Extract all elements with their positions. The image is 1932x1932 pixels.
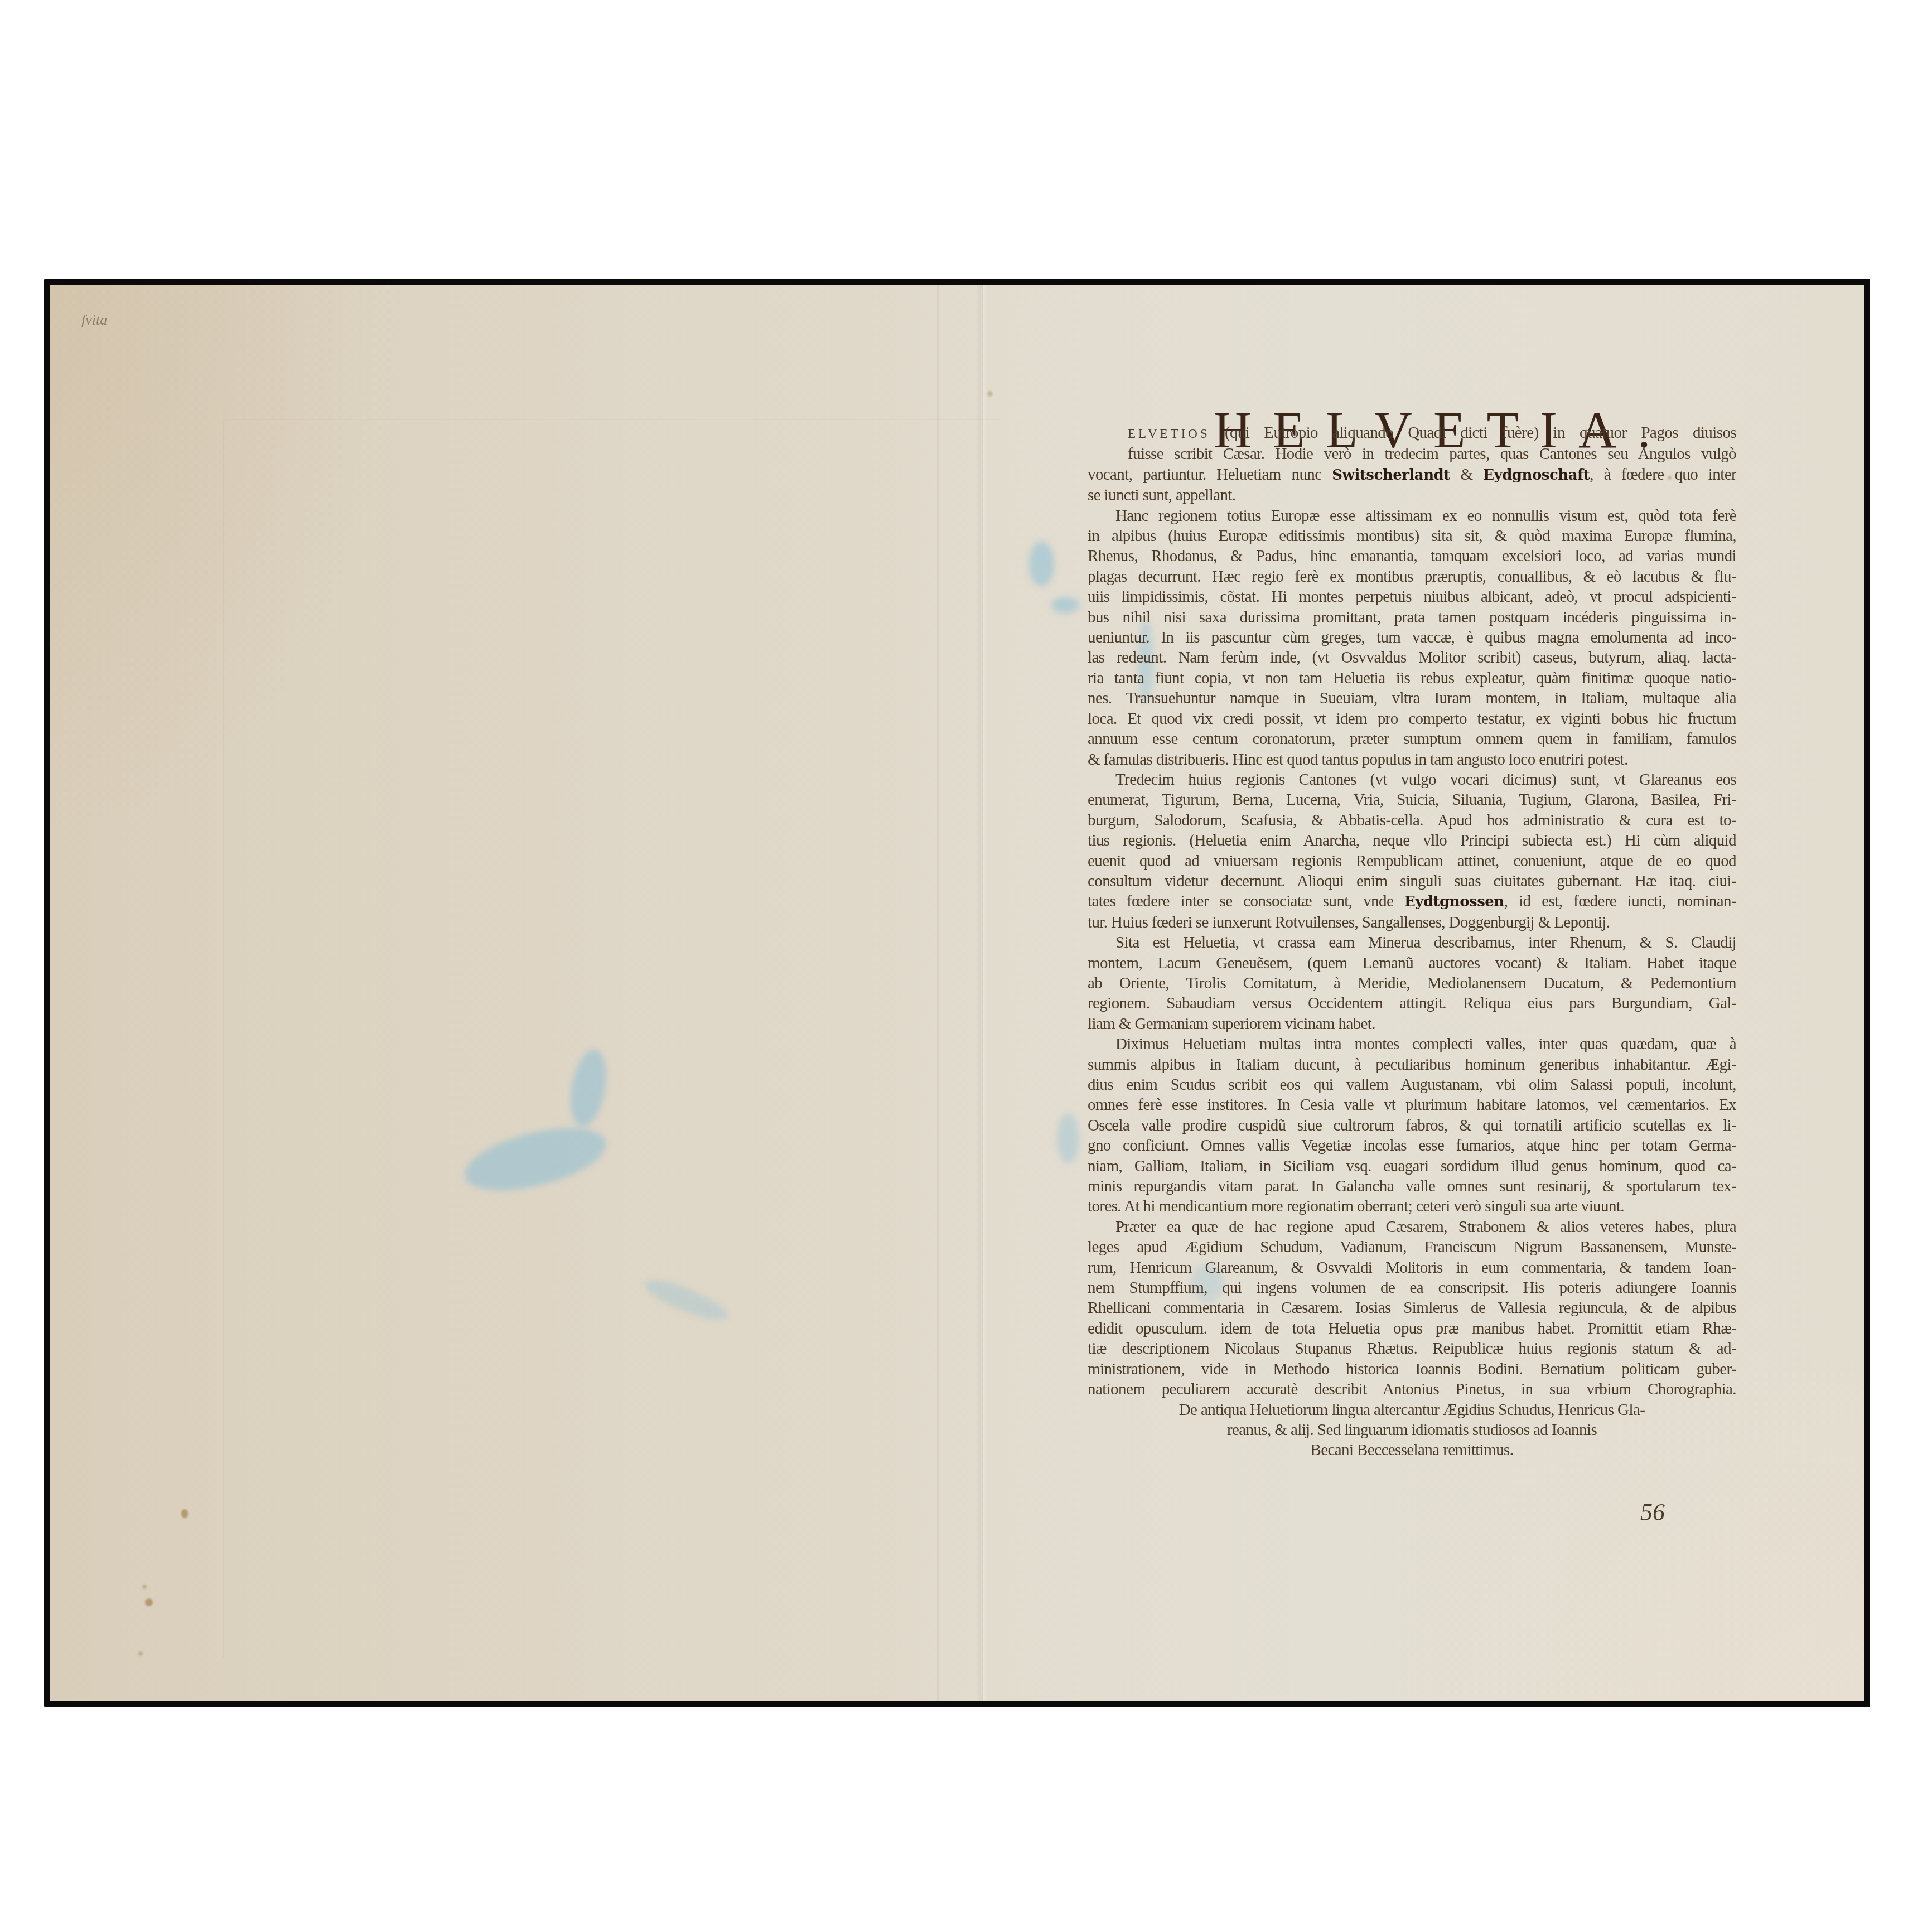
blue-stain (1051, 597, 1079, 613)
foxing-spot (142, 1585, 147, 1589)
text-segment: ueniuntur. In iis pascuntur cùm greges, … (1088, 629, 1736, 646)
text-segment: Diximus Heluetiam multas intra montes co… (1115, 1035, 1736, 1053)
text-line: tur. Huius fœderi se iunxerunt Rotvuilen… (1088, 912, 1736, 933)
text-line: nationem peculiarem accuratè describit A… (1088, 1379, 1736, 1399)
text-segment: dius enim Scudus scribit eos qui vallem … (1088, 1076, 1736, 1094)
body-text: HELVETIOS (qui Eutropio aliquando Quadi … (1088, 423, 1736, 1461)
text-segment: Becani Beccesselana remittimus. (1311, 1441, 1514, 1459)
text-segment: gno conficiunt. Omnes vallis Vegetiæ inc… (1088, 1137, 1736, 1155)
text-line: dius enim Scudus scribit eos qui vallem … (1088, 1075, 1736, 1095)
text-line: minis repurgandis vitam parat. In Galanc… (1088, 1176, 1736, 1196)
small-caps-word: ELVETIOS (1128, 427, 1210, 441)
text-line: Præter ea quæ de hac regione apud Cæsare… (1088, 1217, 1736, 1237)
text-line: reanus, & alij. Sed linguarum idiomatis … (1088, 1420, 1736, 1440)
text-segment: minis repurgandis vitam parat. In Galanc… (1088, 1177, 1736, 1195)
text-line: nes. Transuehuntur namque in Sueuiam, vl… (1088, 688, 1736, 708)
page-frame: fvita HELVETIA. HELVETIOS (qui Eutropio … (44, 279, 1870, 1707)
text-segment: nationem peculiarem accuratè describit A… (1088, 1380, 1736, 1398)
text-line: in alpibus (huius Europæ editissimis mon… (1088, 526, 1736, 546)
text-segment: omnes ferè esse institores. In Cesia val… (1088, 1096, 1736, 1114)
text-line: gno conficiunt. Omnes vallis Vegetiæ inc… (1088, 1136, 1736, 1156)
text-line: liam & Germaniam superiorem vicinam habe… (1088, 1014, 1736, 1034)
text-line: edidit opusculum. idem de tota Heluetia … (1088, 1318, 1736, 1339)
page-number: 56 (1640, 1498, 1665, 1527)
text-segment: tiæ descriptionem Nicolaus Stupanus Rhæt… (1088, 1340, 1736, 1358)
text-segment: niam, Galliam, Italiam, in Siciliam vsq.… (1088, 1157, 1736, 1175)
text-segment: se iuncti sunt, appellant. (1088, 486, 1235, 504)
text-segment: las redeunt. Nam ferùm inde, (vt Osvvald… (1088, 649, 1736, 666)
corner-handwritten-note: fvita (81, 312, 107, 329)
text-line: & famulas distribueris. Hinc est quod ta… (1088, 750, 1736, 770)
plate-mark (223, 419, 999, 1658)
text-segment: (qui Eutropio aliquando Quadi dicti fuèr… (1210, 424, 1736, 442)
text-segment: annuum esse centum coronatorum, præter s… (1088, 730, 1736, 748)
text-segment: summis alpibus in Italiam ducunt, à pecu… (1088, 1056, 1736, 1074)
text-segment: edidit opusculum. idem de tota Heluetia … (1088, 1320, 1736, 1337)
text-line: se iuncti sunt, appellant. (1088, 485, 1736, 505)
text-line: loca. Et quod vix credi possit, vt idem … (1088, 709, 1736, 729)
text-line: summis alpibus in Italiam ducunt, à pecu… (1088, 1055, 1736, 1075)
text-segment: , id est, fœdere iuncti, nominan- (1504, 892, 1736, 910)
text-line: Tredecim huius regionis Cantones (vt vul… (1088, 770, 1736, 790)
text-segment: montem, Lacum Geneuẽsem, (quem Lemanũ au… (1088, 954, 1736, 972)
text-segment: liam & Germaniam superiorem vicinam habe… (1088, 1015, 1375, 1033)
text-segment: fuisse scribit Cæsar. Hodie verò in tred… (1128, 445, 1736, 463)
text-segment: ria tanta fiunt copia, vt non tam Heluet… (1088, 669, 1736, 687)
text-line: tates fœdere inter se consociatæ sunt, v… (1088, 891, 1736, 912)
text-segment: burgum, Salodorum, Scafusia, & Abbatis-c… (1088, 812, 1736, 829)
blue-stain (1057, 1113, 1079, 1163)
text-line: niam, Galliam, Italiam, in Siciliam vsq.… (1088, 1156, 1736, 1176)
text-segment: Tredecim huius regionis Cantones (vt vul… (1115, 771, 1736, 789)
fold-crease (937, 285, 939, 1701)
text-segment: reanus, & alij. Sed linguarum idiomatis … (1227, 1421, 1597, 1439)
text-segment: in alpibus (huius Europæ editissimis mon… (1088, 527, 1736, 545)
foxing-spot (145, 1598, 153, 1606)
text-segment: consultum videtur decernunt. Alioqui eni… (1088, 872, 1736, 890)
text-segment: tates fœdere inter se consociatæ sunt, v… (1088, 892, 1404, 910)
text-segment: & famulas distribueris. Hinc est quod ta… (1088, 751, 1628, 769)
text-line: Oscela valle prodire cuspidũ siue cultro… (1088, 1115, 1736, 1136)
text-line: vocant, partiuntur. Heluetiam nunc Swits… (1088, 465, 1736, 485)
center-fold-line (982, 285, 983, 1701)
text-line: tores. At hi mendicantium more regionati… (1088, 1196, 1736, 1216)
text-line: las redeunt. Nam ferùm inde, (vt Osvvald… (1088, 648, 1736, 668)
text-line: ab Oriente, Tirolis Comitatum, à Meridie… (1088, 973, 1736, 993)
text-segment: , à fœdere quo inter (1590, 466, 1736, 484)
blackletter-word: Eydtgnossen (1404, 893, 1504, 910)
text-line: Sita est Heluetia, vt crassa eam Minerua… (1088, 933, 1736, 953)
text-line: De antiqua Heluetiorum lingua altercantu… (1088, 1400, 1736, 1420)
text-line: tiæ descriptionem Nicolaus Stupanus Rhæt… (1088, 1339, 1736, 1359)
text-segment: Hanc regionem totius Europæ esse altissi… (1115, 507, 1736, 525)
text-line: ueniuntur. In iis pascuntur cùm greges, … (1088, 627, 1736, 648)
text-line: euenit quod ad vniuersam regionis Rempub… (1088, 851, 1736, 871)
text-line: ria tanta fiunt copia, vt non tam Heluet… (1088, 668, 1736, 688)
text-segment: De antiqua Heluetiorum lingua altercantu… (1179, 1401, 1645, 1419)
foxing-spot (181, 1509, 188, 1518)
text-segment: Præter ea quæ de hac regione apud Cæsare… (1115, 1218, 1736, 1236)
text-line: regionem. Sabaudiam versus Occidentem at… (1088, 993, 1736, 1013)
text-segment: bus nihil nisi saxa durissima promittant… (1088, 608, 1736, 626)
text-line: Hanc regionem totius Europæ esse altissi… (1088, 506, 1736, 526)
text-segment: nes. Transuehuntur namque in Sueuiam, vl… (1088, 689, 1736, 707)
text-line: tius regionis. (Heluetia enim Anarcha, n… (1088, 830, 1736, 851)
text-line: consultum videtur decernunt. Alioqui eni… (1088, 871, 1736, 891)
text-line: fuisse scribit Cæsar. Hodie verò in tred… (1088, 444, 1736, 464)
text-segment: leges apud Ægidium Schudum, Vadianum, Fr… (1088, 1238, 1736, 1256)
text-segment: tius regionis. (Heluetia enim Anarcha, n… (1088, 832, 1736, 849)
text-line: rum, Henricum Glareanum, & Osvvaldi Moli… (1088, 1258, 1736, 1278)
foxing-spot (138, 1651, 143, 1656)
text-segment: euenit quod ad vniuersam regionis Rempub… (1088, 852, 1736, 870)
text-segment: Oscela valle prodire cuspidũ siue cultro… (1088, 1117, 1736, 1134)
text-segment: tur. Huius fœderi se iunxerunt Rotvuilen… (1088, 914, 1610, 931)
text-line: HELVETIOS (qui Eutropio aliquando Quadi … (1088, 423, 1736, 444)
text-line: omnes ferè esse institores. In Cesia val… (1088, 1095, 1736, 1115)
text-segment: enumerat, Tigurum, Berna, Lucerna, Vria,… (1088, 791, 1736, 809)
text-segment: plagas decurrunt. Hæc regio ferè ex mont… (1088, 568, 1736, 586)
blackletter-word: Switscherlandt (1332, 467, 1450, 484)
text-segment: ministrationem, vide in Methodo historic… (1088, 1360, 1736, 1378)
text-segment: Rhellicani commentaria in Cæsarem. Iosia… (1088, 1299, 1736, 1317)
text-line: enumerat, Tigurum, Berna, Lucerna, Vria,… (1088, 790, 1736, 810)
text-segment: rum, Henricum Glareanum, & Osvvaldi Moli… (1088, 1259, 1736, 1277)
text-line: plagas decurrunt. Hæc regio ferè ex mont… (1088, 567, 1736, 587)
text-line: montem, Lacum Geneuẽsem, (quem Lemanũ au… (1088, 953, 1736, 973)
text-line: uiis limpidissimis, cõstat. Hi montes pe… (1088, 587, 1736, 607)
text-line: leges apud Ægidium Schudum, Vadianum, Fr… (1088, 1237, 1736, 1257)
text-segment: nem Stumpffium, qui ingens volumen de ea… (1088, 1279, 1736, 1297)
text-line: Rhenus, Rhodanus, & Padus, hinc emananti… (1088, 546, 1736, 566)
blackletter-word: Eydgnoschaft (1483, 467, 1590, 484)
text-line: Becani Beccesselana remittimus. (1088, 1440, 1736, 1460)
foxing-spot (987, 391, 993, 397)
text-segment: ab Oriente, Tirolis Comitatum, à Meridie… (1088, 974, 1736, 992)
text-segment: loca. Et quod vix credi possit, vt idem … (1088, 710, 1736, 728)
text-line: nem Stumpffium, qui ingens volumen de ea… (1088, 1278, 1736, 1298)
text-line: Rhellicani commentaria in Cæsarem. Iosia… (1088, 1298, 1736, 1318)
text-line: bus nihil nisi saxa durissima promittant… (1088, 607, 1736, 627)
text-segment: Sita est Heluetia, vt crassa eam Minerua… (1115, 934, 1736, 951)
text-line: burgum, Salodorum, Scafusia, & Abbatis-c… (1088, 810, 1736, 830)
text-segment: & (1450, 466, 1484, 484)
text-line: annuum esse centum coronatorum, præter s… (1088, 729, 1736, 749)
text-segment: vocant, partiuntur. Heluetiam nunc (1088, 466, 1332, 484)
text-segment: uiis limpidissimis, cõstat. Hi montes pe… (1088, 588, 1736, 606)
text-line: ministrationem, vide in Methodo historic… (1088, 1359, 1736, 1379)
text-segment: tores. At hi mendicantium more regionati… (1088, 1197, 1624, 1215)
text-segment: Rhenus, Rhodanus, & Padus, hinc emananti… (1088, 547, 1736, 565)
blue-stain (1029, 542, 1054, 586)
text-line: Diximus Heluetiam multas intra montes co… (1088, 1034, 1736, 1054)
text-segment: regionem. Sabaudiam versus Occidentem at… (1088, 994, 1736, 1012)
